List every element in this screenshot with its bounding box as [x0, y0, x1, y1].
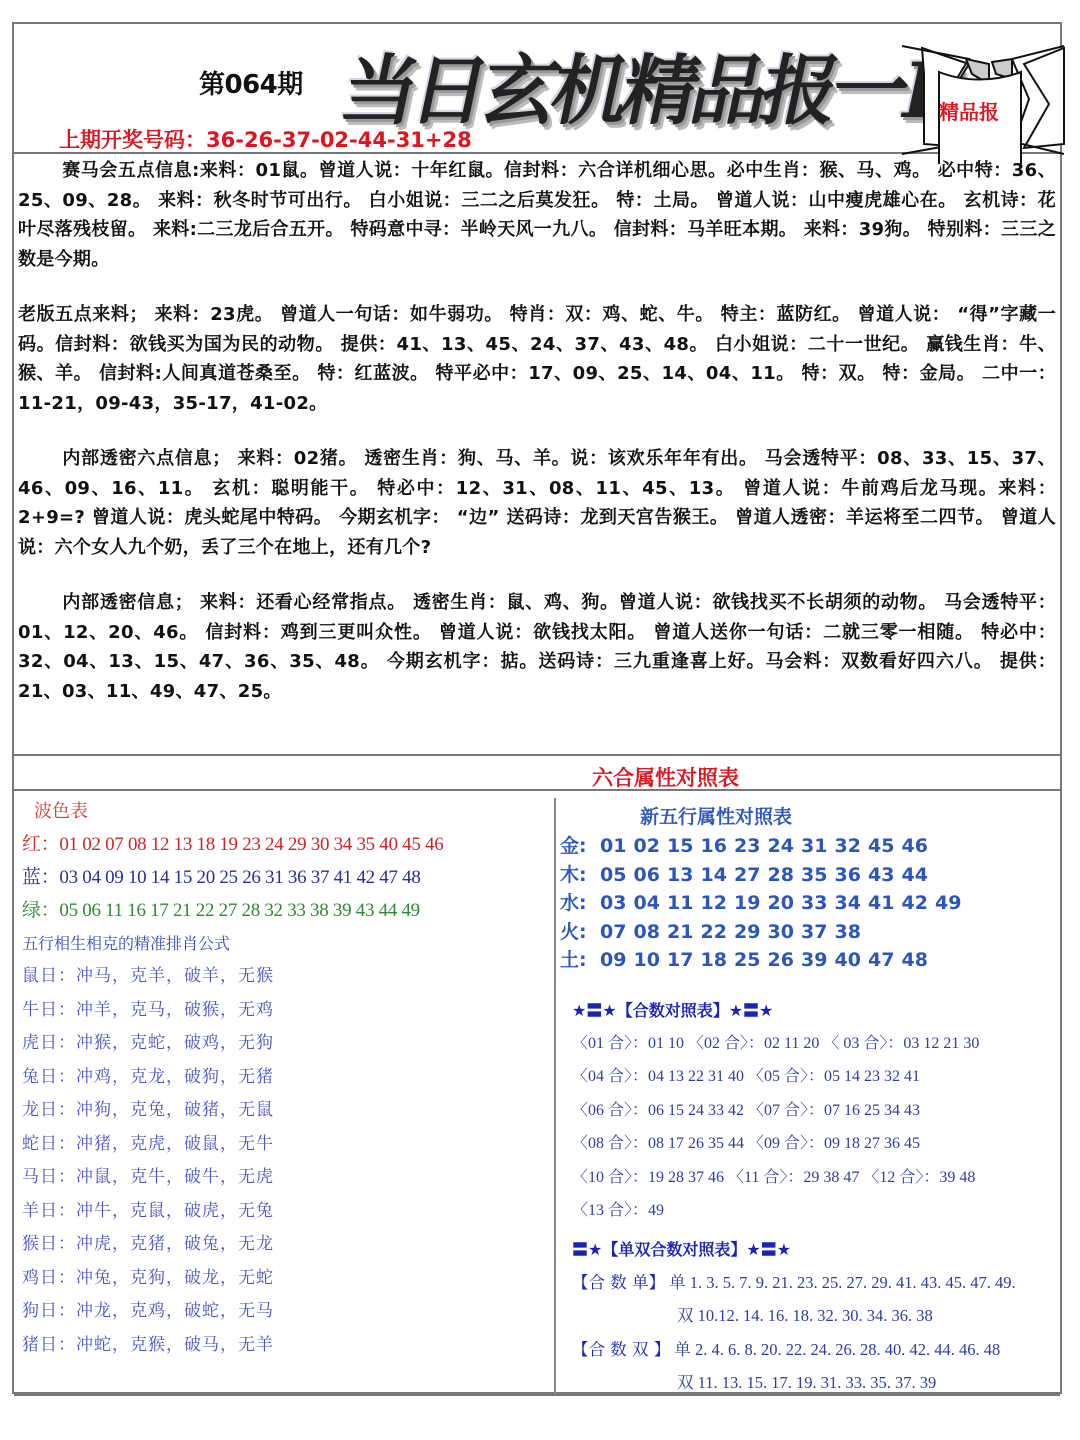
element-label: 土:	[560, 946, 600, 975]
zodiac-row: 猪日：冲蛇，克猴，破马，无羊	[22, 1329, 542, 1363]
five-elements-row: 土:09101718252639404748	[560, 946, 1060, 975]
element-number: 47	[868, 946, 902, 975]
info-paragraph-text: 内部透密信息； 来料：还看心经常指点。 透密生肖：鼠、鸡、狗。曾道人说：欲钱找买…	[18, 592, 1056, 702]
odd-sum-odd-row: 【合 数 单】 单 1. 3. 5. 7. 9. 21. 23. 25. 27.…	[572, 1266, 1060, 1300]
previous-draw-numbers: 上期开奖号码：36-26-37-02-44-31+28	[59, 124, 472, 154]
newspaper-frame: 第064期 当日玄机精品报一B 精品报 上期开奖号码：36-26-37-02-4…	[12, 22, 1062, 1394]
element-number: 44	[902, 861, 936, 890]
even-sum-odd-values: 单 2. 4. 6. 8. 20. 22. 24. 26. 28. 40. 42…	[674, 1340, 1000, 1359]
info-paragraph-text: 老版五点来料； 来料：23虎。 曾道人一句话：如牛弱功。 特肖：双：鸡、蛇、牛。…	[18, 304, 1056, 414]
element-label: 水:	[560, 889, 600, 918]
element-number: 05	[600, 861, 634, 890]
info-paragraph: 赛马会五点信息:来料：01鼠。曾道人说：十年红鼠。信封料：六合详机细心思。必中生…	[18, 156, 1056, 274]
element-number: 43	[868, 861, 902, 890]
five-elements-row: 水:0304111219203334414249	[560, 889, 1060, 918]
info-paragraph-text: 内部透密六点信息； 来料：02猪。 透密生肖：狗、马、羊。说：该欢乐年年有出。 …	[18, 448, 1056, 558]
element-number: 01	[600, 832, 634, 861]
element-number: 11	[667, 889, 701, 918]
element-number: 40	[835, 946, 869, 975]
element-number: 24	[768, 832, 802, 861]
zodiac-formula-title: 五行相生相克的精准排肖公式	[22, 927, 542, 960]
element-number: 26	[768, 946, 802, 975]
wave-red-row: 红：01 02 07 08 12 13 18 19 23 24 29 30 34…	[22, 828, 542, 861]
column-divider	[554, 798, 556, 1394]
sum-table-title: ★〓★【合数对照表】★〓★	[572, 995, 1060, 1027]
even-sum-odd-row: 【合 数 双 】 单 2. 4. 6. 8. 20. 22. 24. 26. 2…	[572, 1333, 1060, 1367]
element-number: 41	[868, 889, 902, 918]
info-paragraph: 老版五点来料； 来料：23虎。 曾道人一句话：如牛弱功。 特肖：双：鸡、蛇、牛。…	[18, 300, 1056, 418]
element-number: 34	[835, 889, 869, 918]
issue-number: 第064期	[199, 64, 303, 101]
element-number: 16	[701, 832, 735, 861]
element-number: 28	[768, 861, 802, 890]
five-elements-row: 火:0708212229303738	[560, 918, 1060, 947]
zodiac-row: 龙日：冲狗，克兔，破猪，无鼠	[22, 1094, 542, 1128]
element-number: 42	[902, 889, 936, 918]
sum-row: 〈10 合〉：19 28 37 46 〈11 合〉：29 38 47 〈12 合…	[572, 1161, 1060, 1195]
zodiac-row: 牛日：冲羊，克马，破猴，无鸡	[22, 994, 542, 1028]
element-number: 06	[634, 861, 668, 890]
element-number: 30	[768, 918, 802, 947]
info-paragraph: 内部透密六点信息； 来料：02猪。 透密生肖：狗、马、羊。说：该欢乐年年有出。 …	[18, 444, 1056, 562]
element-number: 12	[701, 889, 735, 918]
wave-green-row: 绿：05 06 11 16 17 21 22 27 28 32 33 38 39…	[22, 894, 542, 927]
element-number: 27	[734, 861, 768, 890]
odd-sum-odd-values: 单 1. 3. 5. 7. 9. 21. 23. 25. 27. 29. 41.…	[669, 1273, 1016, 1292]
element-number: 13	[667, 861, 701, 890]
element-number: 48	[902, 946, 936, 975]
element-number: 08	[634, 918, 668, 947]
sum-row: 〈04 合〉：04 13 22 31 40 〈05 合〉：05 14 23 32…	[572, 1060, 1060, 1094]
even-sum-tag: 【合 数 双 】	[572, 1340, 670, 1359]
divider	[14, 789, 1060, 791]
element-number: 14	[701, 861, 735, 890]
five-elements-title: 新五行属性对照表	[640, 802, 1060, 832]
element-number: 02	[634, 832, 668, 861]
zodiac-row: 蛇日：冲猪，克虎，破鼠，无牛	[22, 1128, 542, 1162]
sum-row: 〈01 合〉：01 10 〈02 合〉：02 11 20 〈 03 合〉：03 …	[572, 1027, 1060, 1061]
ribbon-label: 精品报	[939, 96, 999, 125]
five-elements-row: 金:01021516232431324546	[560, 832, 1060, 861]
element-number: 37	[801, 918, 835, 947]
zodiac-row: 马日：冲鼠，克牛，破牛，无虎	[22, 1161, 542, 1195]
five-elements-table: 金:01021516232431324546木:0506131427283536…	[560, 832, 1060, 975]
zodiac-row: 兔日：冲鸡，克龙，破狗，无猪	[22, 1061, 542, 1095]
section-title: 六合属性对照表	[592, 762, 739, 792]
element-number: 04	[634, 889, 668, 918]
element-number: 38	[835, 918, 869, 947]
wave-blue-row: 蓝：03 04 09 10 14 15 20 25 26 31 36 37 41…	[22, 861, 542, 894]
sum-row: 〈06 合〉：06 15 24 33 42 〈07 合〉：07 16 25 34…	[572, 1094, 1060, 1128]
element-number: 32	[835, 832, 869, 861]
five-elements-row: 木:05061314272835364344	[560, 861, 1060, 890]
element-number: 17	[667, 946, 701, 975]
element-number: 49	[935, 889, 969, 918]
divider	[14, 754, 1060, 756]
element-number: 03	[600, 889, 634, 918]
element-number: 39	[801, 946, 835, 975]
element-label: 木:	[560, 861, 600, 890]
element-number: 36	[835, 861, 869, 890]
element-number: 31	[801, 832, 835, 861]
sum-row: 〈13 合〉：49	[572, 1194, 1060, 1228]
info-paragraph: 内部透密信息； 来料：还看心经常指点。 透密生肖：鼠、鸡、狗。曾道人说：欲钱找买…	[18, 588, 1056, 706]
header: 第064期 当日玄机精品报一B 精品报 上期开奖号码：36-26-37-02-4…	[14, 24, 1060, 154]
info-section: 赛马会五点信息:来料：01鼠。曾道人说：十年红鼠。信封料：六合详机细心思。必中生…	[14, 154, 1060, 706]
element-number: 45	[868, 832, 902, 861]
element-label: 火:	[560, 918, 600, 947]
zodiac-row: 羊日：冲牛，克鼠，破虎，无兔	[22, 1195, 542, 1229]
odd-sum-tag: 【合 数 单】	[572, 1273, 665, 1292]
odd-even-table-title: 〓★【单双合数对照表】★〓★	[572, 1234, 1060, 1266]
element-label: 金:	[560, 832, 600, 861]
odd-sum-even-row: 双 10.12. 14. 16. 18. 32. 30. 34. 36. 38	[572, 1299, 1060, 1333]
element-number: 18	[701, 946, 735, 975]
zodiac-row: 鸡日：冲兔，克狗，破龙，无蛇	[22, 1262, 542, 1296]
element-number: 09	[600, 946, 634, 975]
element-number: 07	[600, 918, 634, 947]
element-number: 25	[734, 946, 768, 975]
zodiac-row: 猴日：冲虎，克猪，破兔，无龙	[22, 1228, 542, 1262]
element-number: 19	[734, 889, 768, 918]
zodiac-row: 鼠日：冲马，克羊，破羊，无猴	[22, 960, 542, 994]
sum-row: 〈08 合〉：08 17 26 35 44 〈09 合〉：09 18 27 36…	[572, 1127, 1060, 1161]
element-number: 46	[902, 832, 936, 861]
right-column: 新五行属性对照表 金:01021516232431324546木:0506131…	[560, 802, 1060, 1400]
wave-table-title: 波色表	[34, 796, 542, 828]
element-number: 35	[801, 861, 835, 890]
zodiac-row: 虎日：冲猴，克蛇，破鸡，无狗	[22, 1027, 542, 1061]
element-number: 22	[701, 918, 735, 947]
info-paragraph-text: 赛马会五点信息:来料：01鼠。曾道人说：十年红鼠。信封料：六合详机细心思。必中生…	[18, 160, 1056, 270]
element-number: 33	[801, 889, 835, 918]
element-number: 21	[667, 918, 701, 947]
ribbon-badge-icon	[774, 24, 1074, 164]
zodiac-row: 狗日：冲龙，克鸡，破蛇，无马	[22, 1295, 542, 1329]
left-column: 波色表 红：01 02 07 08 12 13 18 19 23 24 29 3…	[22, 796, 542, 1362]
divider	[14, 1394, 1060, 1396]
element-number: 20	[768, 889, 802, 918]
element-number: 10	[634, 946, 668, 975]
element-number: 15	[667, 832, 701, 861]
element-number: 29	[734, 918, 768, 947]
element-number: 23	[734, 832, 768, 861]
